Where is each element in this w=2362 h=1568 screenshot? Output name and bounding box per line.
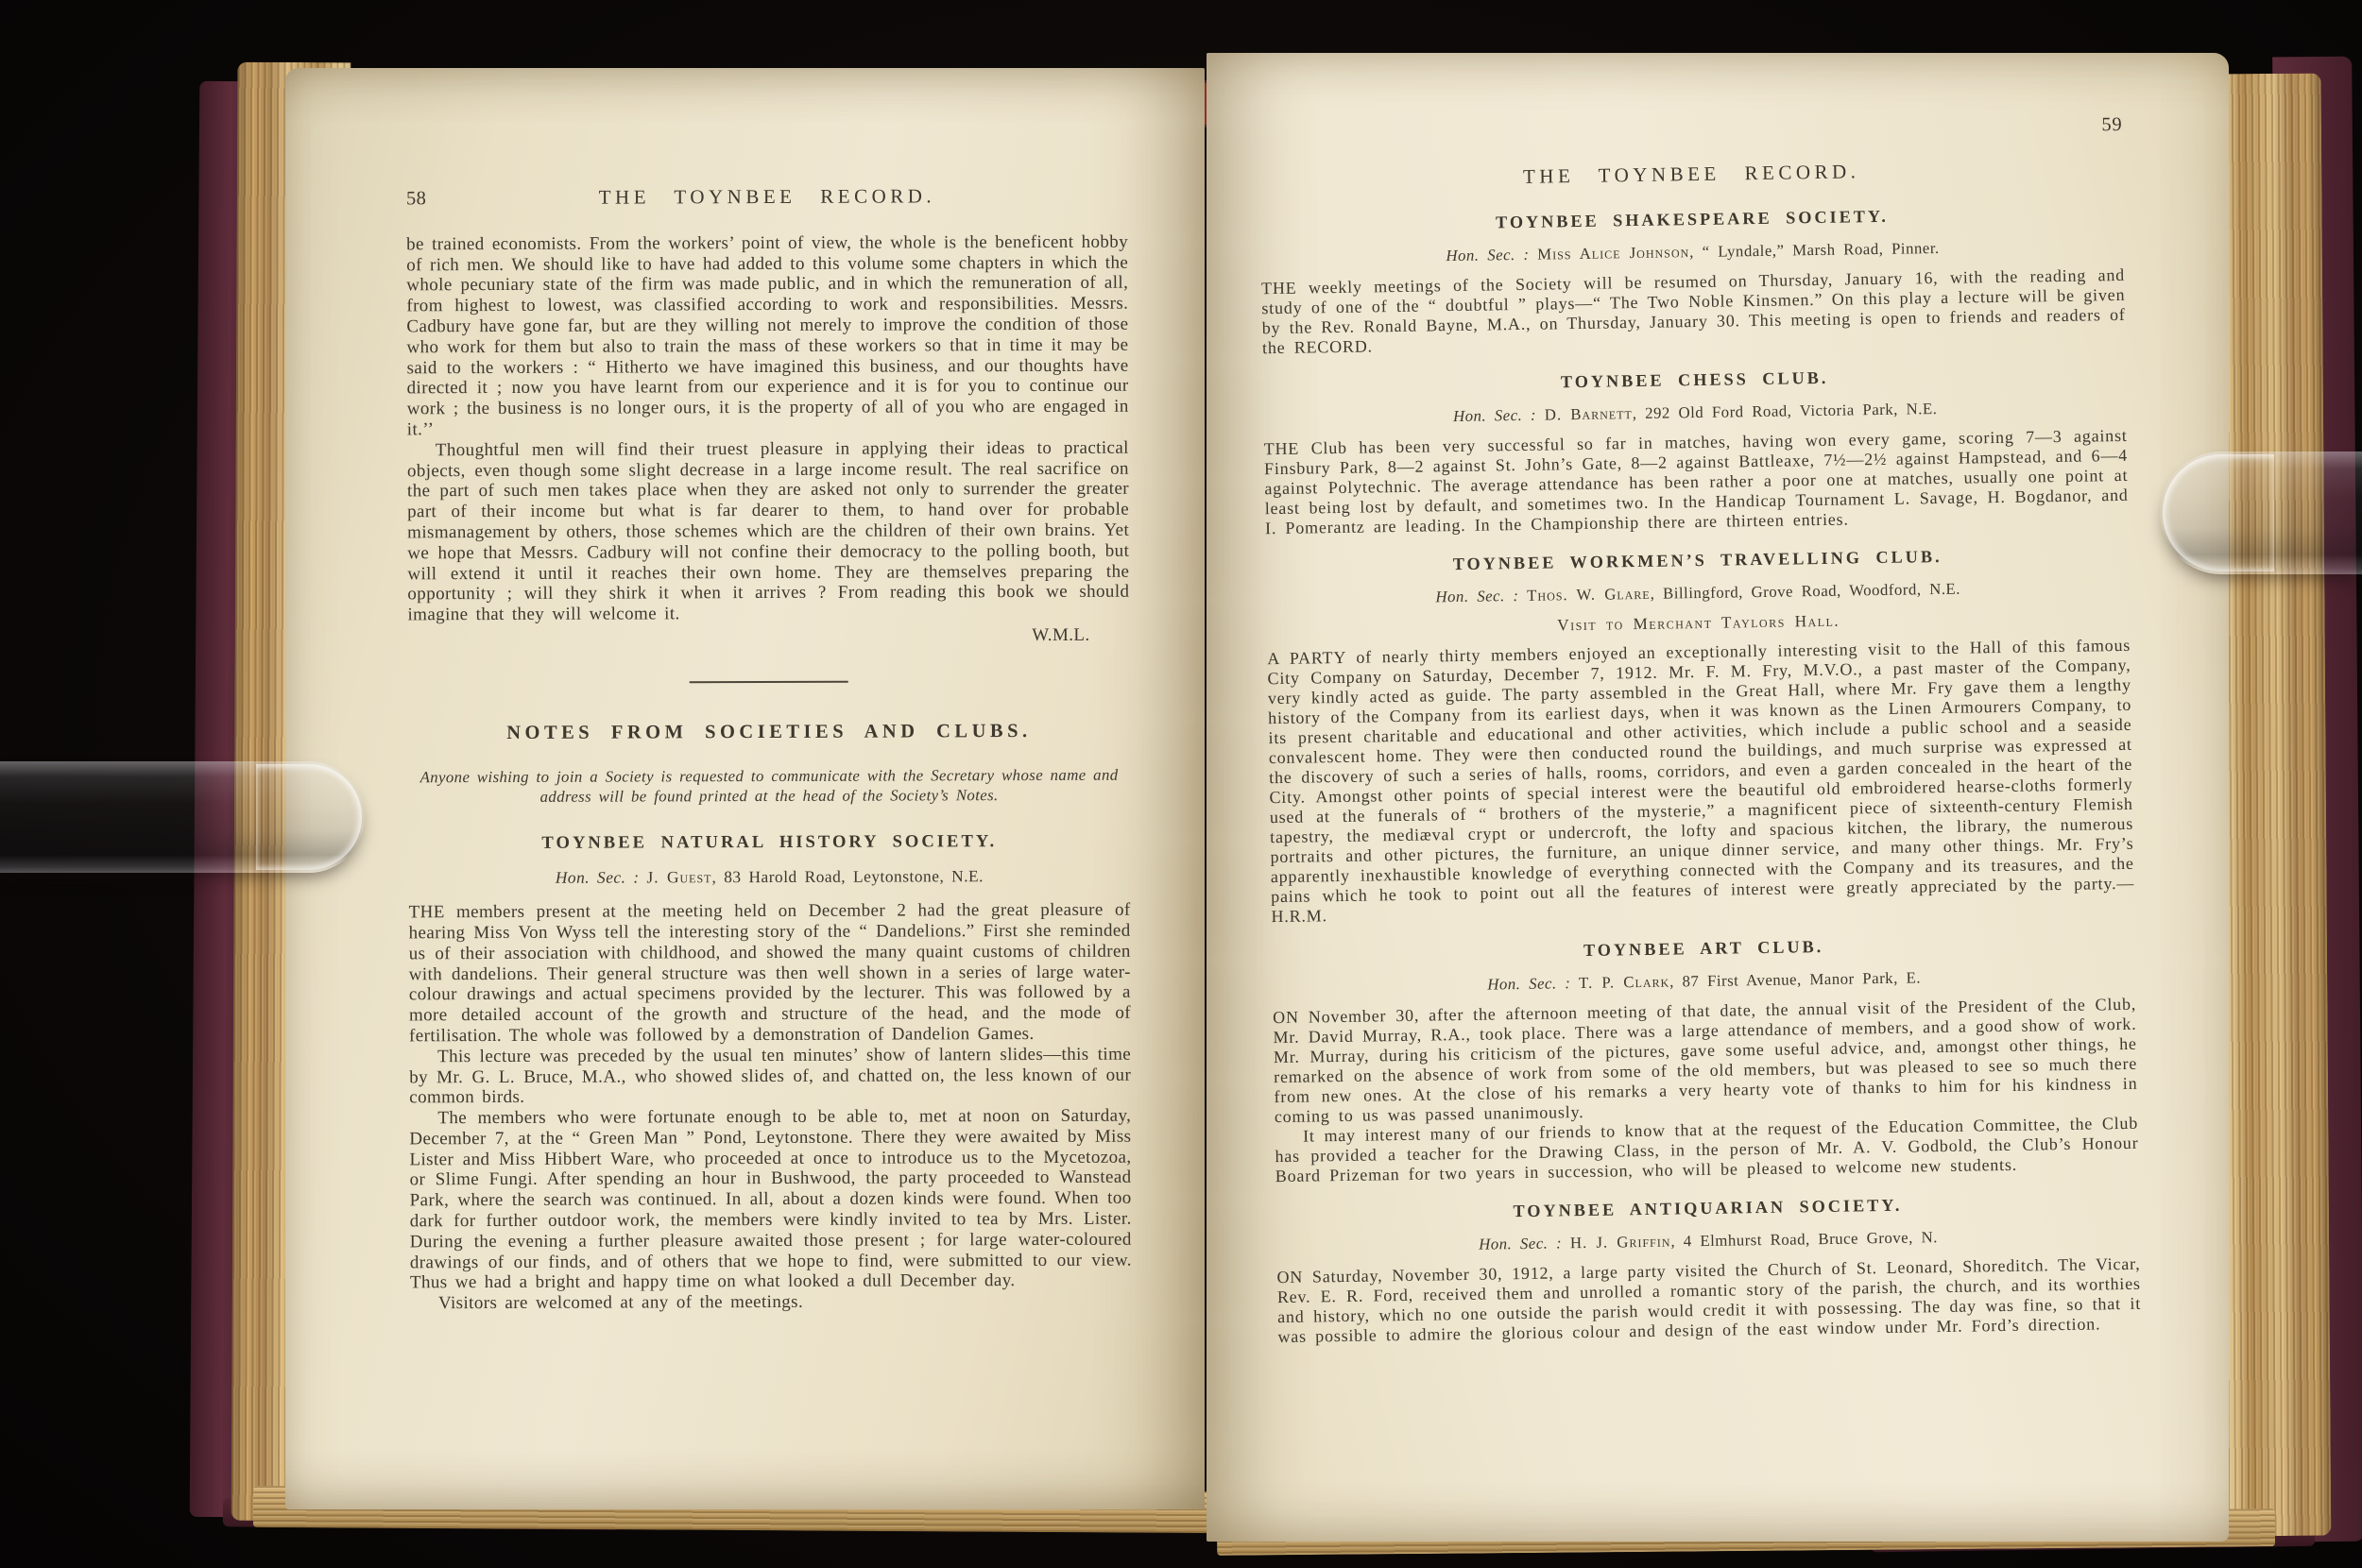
paragraph: The members who were fortunate enough to… <box>409 1106 1132 1294</box>
paragraph: A PARTY of nearly thirty members enjoyed… <box>1267 636 2135 927</box>
running-head-left: 58 THE TOYNBEE RECORD. <box>406 186 1128 210</box>
paragraph: This lecture was preceded by the usual t… <box>409 1044 1131 1108</box>
running-title-right: THE TOYNBEE RECORD. <box>1326 159 2057 190</box>
secretary-name: D. Barnett <box>1545 404 1633 423</box>
society-title: TOYNBEE ART CLUB. <box>1272 932 2135 965</box>
secretary-label: Hon. Sec. : <box>556 868 640 887</box>
secretary-address: , Billingford, Grove Road, Woodford, N.E… <box>1651 580 1961 603</box>
secretary-name: Miss Alice Johnson <box>1537 243 1689 264</box>
secretary-line: Hon. Sec. : T. P. Clark, 87 First Avenue… <box>1273 964 2136 997</box>
right-page: THE TOYNBEE RECORD. 59 TOYNBEE SHAKESPEA… <box>1207 53 2229 1542</box>
paragraph: THE members present at the meeting held … <box>409 900 1132 1047</box>
glass-page-weight-left <box>0 761 365 873</box>
secretary-line: Hon. Sec. : D. Barnett, 292 Old Ford Roa… <box>1263 396 2127 429</box>
page-number-left: 58 <box>406 189 472 210</box>
secretary-name: T. P. Clark <box>1579 973 1669 993</box>
author-initials: W.M.L. <box>408 625 1130 648</box>
running-title-left: THE TOYNBEE RECORD. <box>472 186 1062 209</box>
secretary-label: Hon. Sec. : <box>1479 1234 1562 1253</box>
secretary-address: , “ Lyndale,” Marsh Road, Pinner. <box>1689 239 1940 261</box>
paragraph: THE weekly meetings of the Society will … <box>1261 265 2126 358</box>
secretary-address: , 87 First Avenue, Manor Park, E. <box>1669 968 1921 990</box>
secretary-line: Hon. Sec. : J. Guest, 83 Harold Road, Le… <box>408 866 1130 889</box>
secretary-label: Hon. Sec. : <box>1487 974 1570 993</box>
secretary-label: Hon. Sec. : <box>1435 587 1518 605</box>
section-divider-rule <box>690 680 848 683</box>
secretary-address: , 4 Elmhurst Road, Bruce Grove, N. <box>1670 1228 1938 1250</box>
paragraph: ON November 30, after the afternoon meet… <box>1273 995 2138 1127</box>
secretary-address: , 83 Harold Road, Leytonstone, N.E. <box>711 867 984 887</box>
photo-of-open-book: 58 THE TOYNBEE RECORD. be trained econom… <box>0 0 2362 1568</box>
page-number-right: 59 <box>2056 115 2122 136</box>
society-shakespeare: TOYNBEE SHAKESPEARE SOCIETY. Hon. Sec. :… <box>1260 203 2126 358</box>
secretary-name: Thos. W. Glare <box>1527 585 1651 605</box>
right-page-text-block: THE TOYNBEE RECORD. 59 TOYNBEE SHAKESPEA… <box>1259 158 2142 1366</box>
society-chess: TOYNBEE CHESS CLUB. Hon. Sec. : D. Barne… <box>1263 364 2130 538</box>
secretary-address: , 292 Old Ford Road, Victoria Park, N.E. <box>1633 400 1938 422</box>
paragraph: Thoughtful men will find their truest pl… <box>407 437 1130 625</box>
society-antiquarian: TOYNBEE ANTIQUARIAN SOCIETY. Hon. Sec. :… <box>1275 1192 2141 1347</box>
society-title: TOYNBEE NATURAL HISTORY SOCIETY. <box>408 830 1130 853</box>
running-head-right: THE TOYNBEE RECORD. 59 <box>1259 158 2123 192</box>
running-head-spacer <box>1259 186 1326 187</box>
paragraph: be trained economists. From the workers’… <box>406 231 1129 440</box>
paragraph: It may interest many of our friends to k… <box>1275 1114 2139 1186</box>
society-art-club: TOYNBEE ART CLUB. Hon. Sec. : T. P. Clar… <box>1272 932 2139 1186</box>
visit-subheading: Visit to Merchant Taylors Hall. <box>1267 606 2131 639</box>
secretary-name: J. Guest <box>646 868 711 887</box>
society-title: TOYNBEE WORKMEN’S TRAVELLING CLUB. <box>1266 544 2130 577</box>
left-page-text-block: 58 THE TOYNBEE RECORD. be trained econom… <box>406 186 1132 1334</box>
paragraph: ON Saturday, November 30, 1912, a large … <box>1276 1254 2141 1347</box>
section-note: Anyone wishing to join a Society is requ… <box>412 764 1126 807</box>
secretary-line: Hon. Sec. : Thos. W. Glare, Billingford,… <box>1266 576 2130 609</box>
society-title: TOYNBEE ANTIQUARIAN SOCIETY. <box>1275 1192 2139 1225</box>
society-travelling-club: TOYNBEE WORKMEN’S TRAVELLING CLUB. Hon. … <box>1266 544 2135 927</box>
paragraph: THE Club has been very successful so far… <box>1264 426 2130 538</box>
secretary-line: Hon. Sec. : Miss Alice Johnson, “ Lyndal… <box>1260 235 2124 268</box>
page-edges-right-stack <box>2212 74 2332 1537</box>
secretary-label: Hon. Sec. : <box>1453 406 1536 425</box>
paragraph: Visitors are welcomed at any of the meet… <box>410 1291 1132 1314</box>
secretary-line: Hon. Sec. : H. J. Griffin, 4 Elmhurst Ro… <box>1276 1224 2140 1257</box>
secretary-label: Hon. Sec. : <box>1446 246 1529 264</box>
glass-page-weight-right <box>2160 452 2362 574</box>
left-page: 58 THE TOYNBEE RECORD. be trained econom… <box>285 68 1205 1509</box>
society-natural-history: TOYNBEE NATURAL HISTORY SOCIETY. Hon. Se… <box>408 830 1132 1314</box>
section-heading: NOTES FROM SOCIETIES AND CLUBS. <box>408 721 1130 743</box>
society-title: TOYNBEE CHESS CLUB. <box>1263 364 2127 397</box>
secretary-name: H. J. Griffin <box>1570 1233 1671 1253</box>
society-title: TOYNBEE SHAKESPEARE SOCIETY. <box>1260 203 2124 236</box>
